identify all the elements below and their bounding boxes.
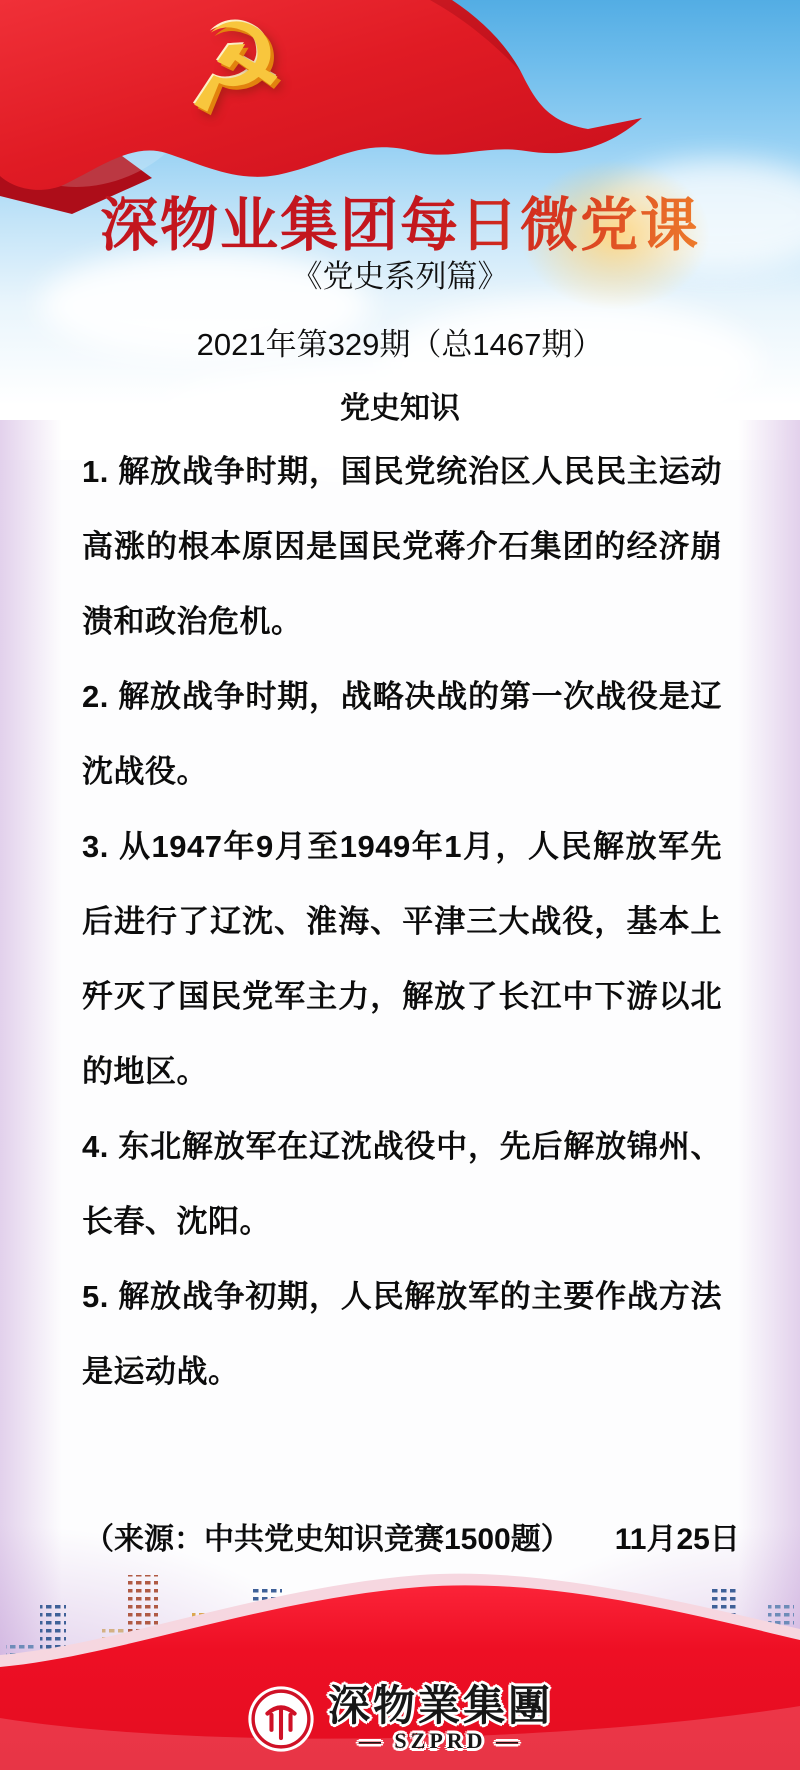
- date-label: 11月25日: [615, 1523, 740, 1556]
- logo-name-cn: 深物業集團: [328, 1684, 553, 1728]
- szprd-logo: 深物業集團 — SZPRD —: [0, 1684, 800, 1753]
- series-subtitle: 《党史系列篇》: [0, 257, 800, 297]
- szprd-logo-icon: [247, 1685, 315, 1753]
- page-title: 深物业集团每日微党课: [0, 192, 800, 258]
- logo-name-en: — SZPRD —: [359, 1729, 522, 1753]
- knowledge-item: 2. 解放战争时期，战略决战的第一次战役是辽沈战役。: [82, 659, 722, 809]
- hammer-and-sickle-icon: ☭: [149, 0, 316, 151]
- section-heading: 党史知识: [0, 391, 800, 427]
- knowledge-list: 1. 解放战争时期，国民党统治区人民民主运动高涨的根本原因是国民党蒋介石集团的经…: [82, 434, 722, 1409]
- knowledge-item: 4. 东北解放军在辽沈战役中，先后解放锦州、长春、沈阳。: [82, 1109, 722, 1259]
- issue-line: 2021年第329期（总1467期）: [0, 326, 800, 364]
- knowledge-item: 5. 解放战争初期，人民解放军的主要作战方法是运动战。: [82, 1259, 722, 1409]
- knowledge-item: 3. 从1947年9月至1949年1月，人民解放军先后进行了辽沈、淮海、平津三大…: [82, 809, 722, 1109]
- source-line: （来源：中共党史知识竞赛1500题）11月25日: [84, 1520, 764, 1560]
- source-note: （来源：中共党史知识竞赛1500题）: [84, 1523, 571, 1556]
- knowledge-item: 1. 解放战争时期，国民党统治区人民民主运动高涨的根本原因是国民党蒋介石集团的经…: [82, 434, 722, 659]
- party-lesson-poster: ☭ 深物业集团每日微党课 《党史系列篇》 2021年第329期（总1467期） …: [0, 0, 800, 1770]
